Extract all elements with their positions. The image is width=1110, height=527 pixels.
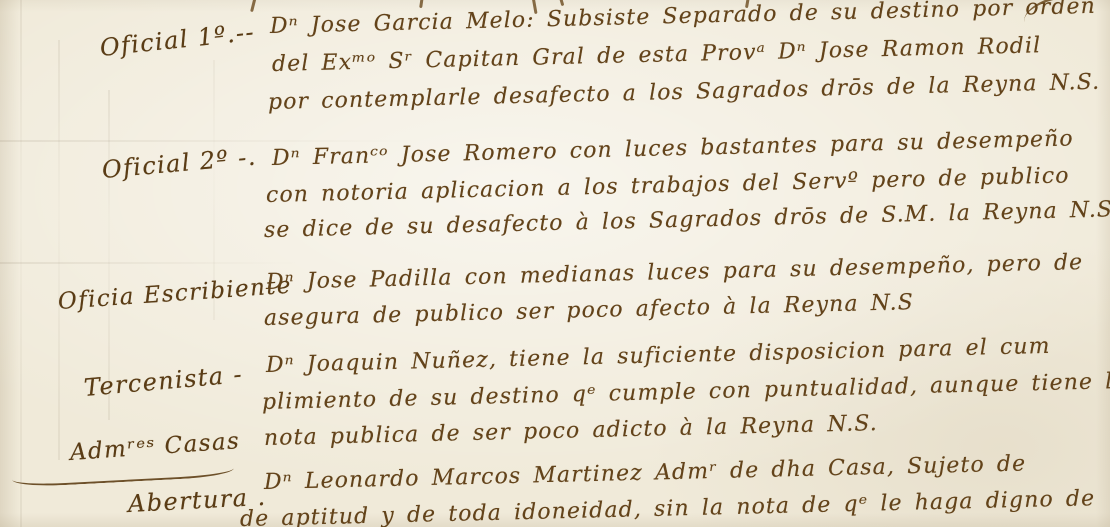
ink-stroke-fragment <box>419 0 424 8</box>
entry-label-oficial-1: Oficial 1º.-- <box>99 18 257 62</box>
entry-label-administrador-casas: Admʳᵉˢ Casas <box>69 428 241 466</box>
manuscript-line: Dⁿ Leonardo Marcos Martinez Admʳ de dha … <box>264 451 1027 495</box>
paper-crease <box>0 140 420 142</box>
manuscript-page: Oficial 1º.-- Dⁿ Jose Garcia Melo: Subsi… <box>0 0 1110 527</box>
manuscript-line: del Exᵐᵒ Sʳ Capitan Gral de esta Provᵃ D… <box>272 33 1042 77</box>
manuscript-line: plimiento de su destino qᵉ cumple con pu… <box>262 369 1110 415</box>
manuscript-line: Dⁿ Jose Garcia Melo: Subsiste Separado d… <box>270 0 1097 39</box>
paper-crease <box>108 90 110 420</box>
ink-stroke-fragment <box>250 0 257 12</box>
paper-crease <box>0 262 300 264</box>
entry-label-oficial-2: Oficial 2º -. <box>101 143 258 184</box>
manuscript-line: Dⁿ Jose Padilla con medianas luces para … <box>266 250 1084 295</box>
entry-label-tercenista: Tercenista - <box>83 360 244 402</box>
manuscript-line: Dⁿ Joaquin Nuñez, tiene la suficiente di… <box>266 334 1051 378</box>
manuscript-line: Dⁿ Franᶜᵒ Jose Romero con luces bastante… <box>272 126 1074 171</box>
paper-crease <box>20 0 22 527</box>
entry-label-oficial-escribiente: Oficia Escribiente <box>57 273 293 315</box>
paper-crease <box>58 40 60 460</box>
manuscript-line: por contemplarle desafecto a los Sagrado… <box>268 70 1101 115</box>
flourish-underline <box>12 460 235 488</box>
manuscript-line: nota publica de ser poco adicto à la Rey… <box>264 411 878 451</box>
ink-stroke-fragment <box>559 0 565 6</box>
manuscript-line: asegura de publico ser poco afecto à la … <box>264 290 915 331</box>
